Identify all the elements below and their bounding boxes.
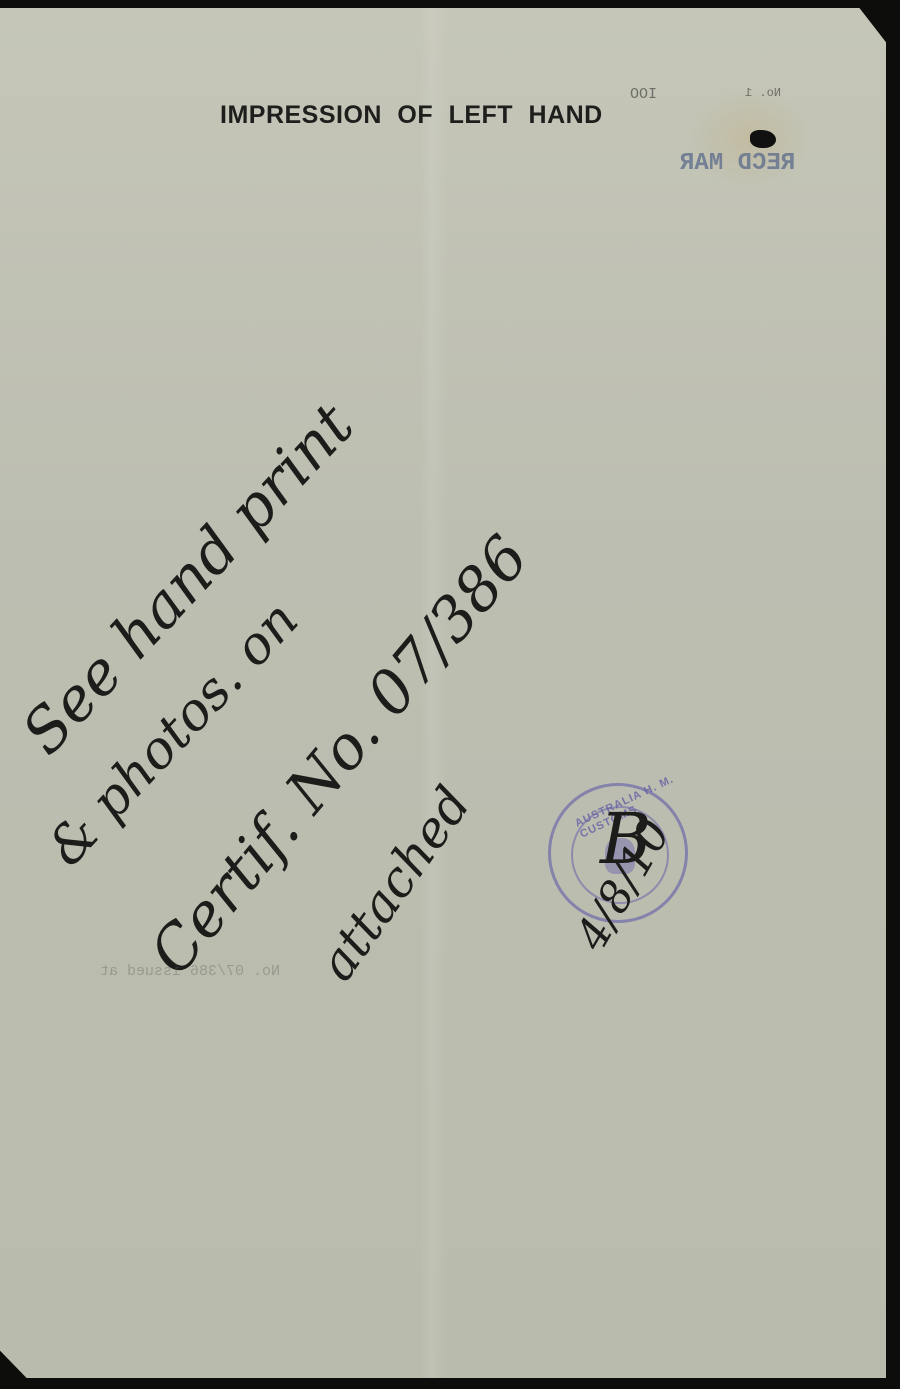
bleed-through-code: IOO — [630, 86, 657, 103]
paper-hole — [750, 130, 776, 148]
document-heading: IMPRESSION OF LEFT HAND — [220, 101, 603, 130]
bleed-through-bottom: No. 07/386 issued at — [100, 963, 280, 980]
document-page: IMPRESSION OF LEFT HAND IOO No. 1 RECD M… — [0, 8, 886, 1378]
bleed-through-stamp: RECD MAR — [680, 150, 795, 177]
bleed-through-number: No. 1 — [745, 86, 781, 100]
